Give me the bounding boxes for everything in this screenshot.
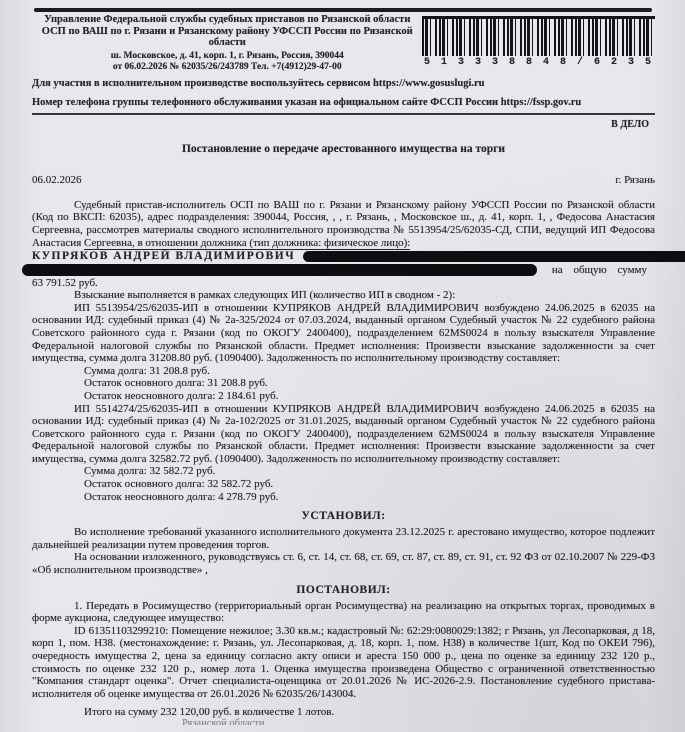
date-city-row: 06.02.2026 г. Рязань (32, 174, 655, 186)
issuing-office-block: Управление Федеральной службы судебных п… (32, 14, 422, 73)
ip2-principal-balance: Остаток основного долга: 32 582.72 руб. (32, 478, 655, 491)
barcode-icon (422, 16, 655, 56)
ip1-principal-balance: Остаток основного долга: 31 208.8 руб. (32, 377, 655, 390)
total-sum-amount: 63 791.52 руб. (32, 277, 655, 289)
document-title: Постановление о передаче арестованного и… (32, 143, 655, 155)
document-city: г. Рязань (615, 174, 655, 186)
redaction-row-2: на общую сумму (22, 264, 655, 276)
phone-notice: Номер телефона группы телефонного обслуж… (32, 97, 655, 115)
debtor-name: КУПРЯКОВ АНДРЕЙ ВЛАДИМИРОВИЧ (32, 250, 295, 262)
ip1-other-balance: Остаток неосновного долга: 2 184.61 руб. (32, 390, 655, 403)
ip1-debt-sum: Сумма долга: 31 208.8 руб. (32, 365, 655, 378)
document-date: 06.02.2026 (32, 174, 82, 186)
postanovil-item-1: 1. Передать в Росимущество (территориаль… (32, 600, 655, 625)
redaction-bar-2 (22, 264, 537, 276)
intro-underlined-text: Сергеевна, в отношении должника (тип дол… (84, 237, 410, 250)
org-name-line1: Управление Федеральной службы судебных п… (32, 14, 422, 26)
total-lots-line: Итого на сумму 232 120,00 руб. в количес… (32, 706, 655, 718)
scanned-document-page: Управление Федеральной службы судебных п… (0, 0, 685, 732)
org-name-line3: области (32, 37, 422, 49)
total-sum-label: на общую сумму (552, 264, 655, 276)
document-header: Управление Федеральной службы судебных п… (32, 14, 655, 73)
ip2-other-balance: Остаток неосновного долга: 4 278.79 руб. (32, 491, 655, 504)
redaction-bar-1 (303, 251, 685, 262)
cut-off-bottom-line: Рязанской области (32, 718, 655, 725)
office-address: ш. Московское, д. 41, корп. 1, г. Рязань… (32, 51, 422, 62)
intro-paragraph: Судебный пристав-исполнитель ОСП по ВАШ … (32, 199, 655, 249)
barcode-block: 5 1 3 3 3 8 8 4 8 / 6 2 3 5 (422, 14, 655, 68)
property-description-paragraph: ID 61351103299210: Помещение нежилое; 3.… (32, 625, 655, 701)
org-name-line2: ОСП по ВАШ по г. Рязани и Рязанскому рай… (32, 26, 422, 38)
ustanovil-heading: УСТАНОВИЛ: (32, 510, 655, 522)
debtor-name-row: КУПРЯКОВ АНДРЕЙ ВЛАДИМИРОВИЧ (32, 249, 685, 262)
ip2-paragraph: ИП 5514274/25/62035-ИП в отношении КУПРЯ… (32, 403, 655, 466)
barcode-digits: 5 1 3 3 3 8 8 4 8 / 6 2 3 5 (422, 57, 655, 68)
scan-artifact-bar (34, 8, 652, 12)
ustanovil-paragraph-1: Во исполнение требований указанного испо… (32, 526, 655, 551)
v-delo-stamp: В ДЕЛО (32, 119, 649, 130)
gosuslugi-notice: Для участия в исполнительном производств… (32, 78, 655, 90)
document-number-phone: от 06.02.2026 № 62035/26/243789 Тел. +7(… (32, 62, 422, 73)
ustanovil-paragraph-2: На основании изложенного, руководствуясь… (32, 551, 655, 576)
enforcement-summary-line: Взыскание выполняется в рамках следующих… (32, 289, 655, 302)
ip1-paragraph: ИП 5513954/25/62035-ИП в отношении КУПРЯ… (32, 302, 655, 365)
postanovil-heading: ПОСТАНОВИЛ: (32, 584, 655, 596)
ip2-debt-sum: Сумма долга: 32 582.72 руб. (32, 465, 655, 478)
